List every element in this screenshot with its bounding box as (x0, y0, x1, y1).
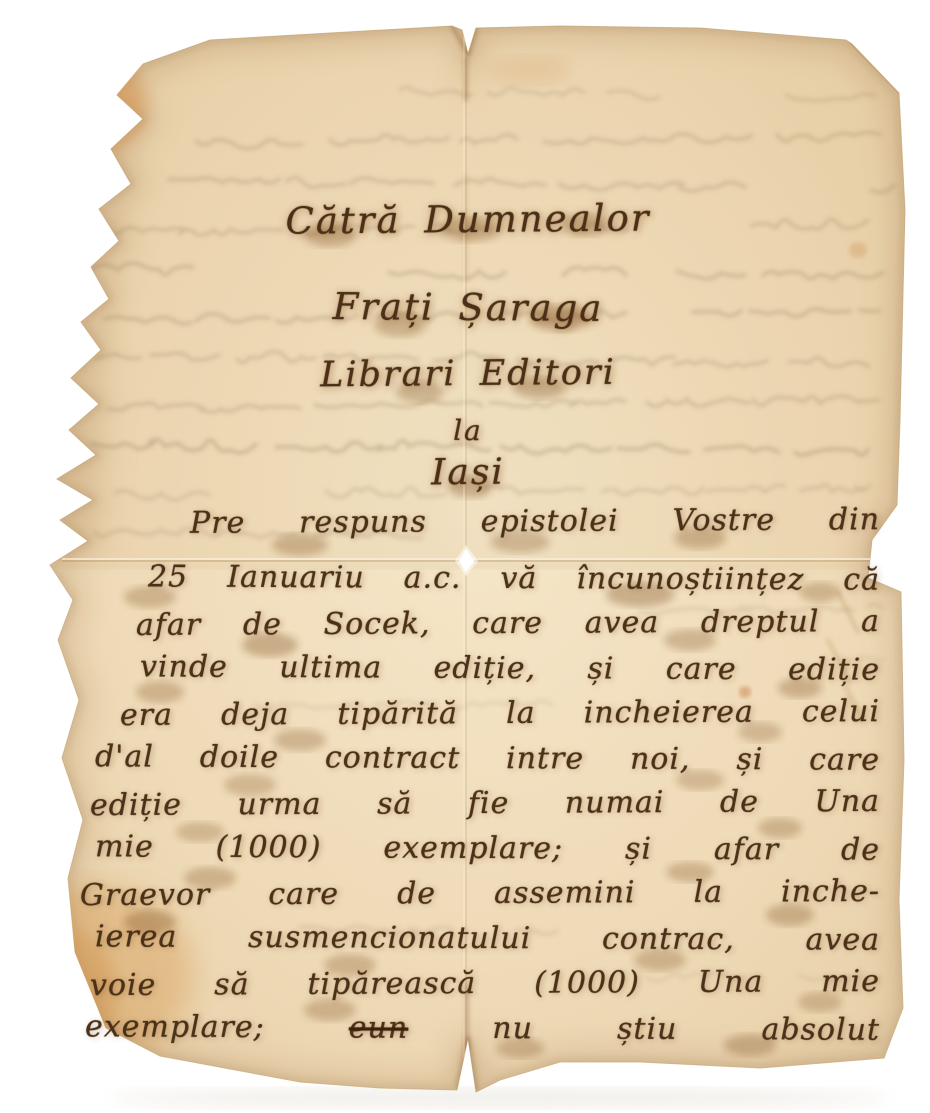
paper-drop-shadow (110, 1088, 890, 1108)
paper-sheet (0, 0, 930, 1113)
photo-of-letter: Cătră DumnealorFrați ȘaragaLibrari Edito… (0, 0, 930, 1113)
